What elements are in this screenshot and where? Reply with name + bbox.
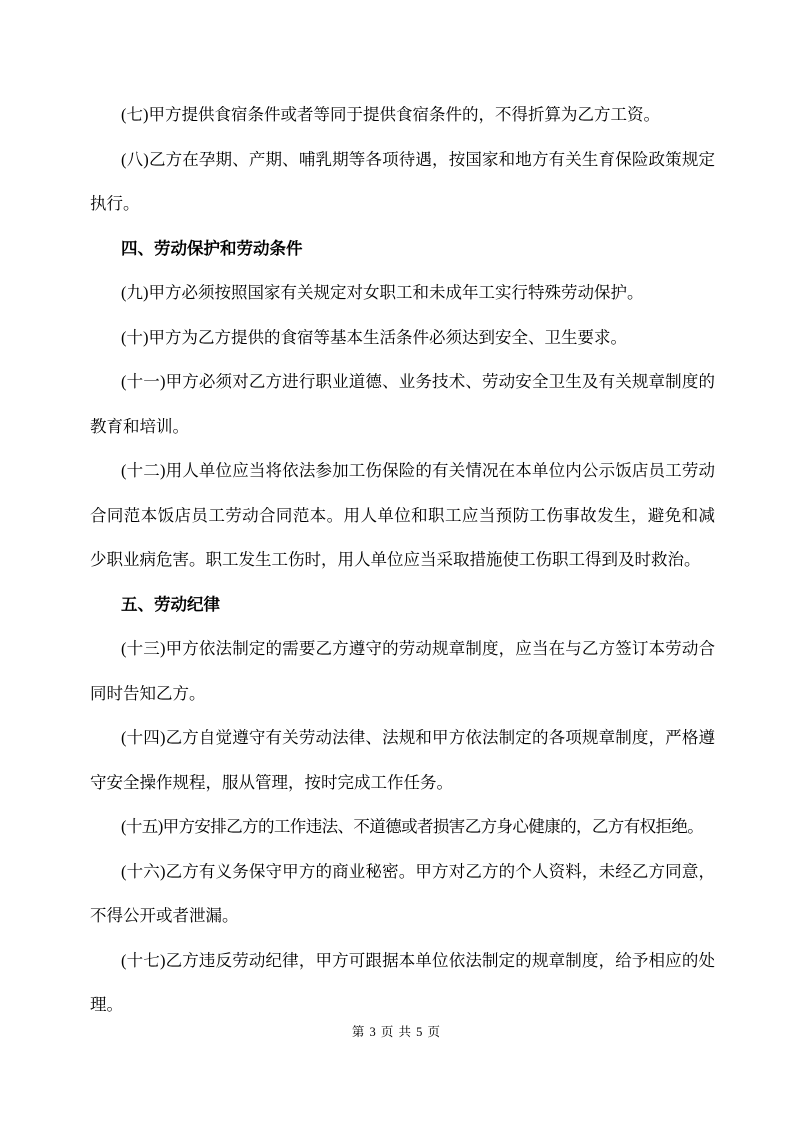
section-heading-4: 四、劳动保护和劳动条件 xyxy=(90,227,715,272)
document-content: (七)甲方提供食宿条件或者等同于提供食宿条件的，不得折算为乙方工资。 (八)乙方… xyxy=(90,93,715,1028)
clause-9: (九)甲方必须按照国家有关规定对女职工和未成年工实行特殊劳动保护。 xyxy=(90,271,715,316)
clause-7: (七)甲方提供食宿条件或者等同于提供食宿条件的，不得折算为乙方工资。 xyxy=(90,93,715,138)
page-number-label: 第 3 页 共 5 页 xyxy=(352,1025,441,1039)
clause-12: (十二)用人单位应当将依法参加工伤保险的有关情况在本单位内公示饭店员工劳动合同范… xyxy=(90,449,715,583)
document-page: (七)甲方提供食宿条件或者等同于提供食宿条件的，不得折算为乙方工资。 (八)乙方… xyxy=(0,0,793,1122)
section-heading-5: 五、劳动纪律 xyxy=(90,583,715,628)
clause-14: (十四)乙方自觉遵守有关劳动法律、法规和甲方依法制定的各项规章制度，严格遵守安全… xyxy=(90,716,715,805)
clause-16: (十六)乙方有义务保守甲方的商业秘密。甲方对乙方的个人资料，未经乙方同意，不得公… xyxy=(90,850,715,939)
clause-15: (十五)甲方安排乙方的工作违法、不道德或者损害乙方身心健康的，乙方有权拒绝。 xyxy=(90,805,715,850)
page-footer: 第 3 页 共 5 页 xyxy=(0,1022,793,1042)
clause-17: (十七)乙方违反劳动纪律，甲方可跟据本单位依法制定的规章制度，给予相应的处理。 xyxy=(90,939,715,1028)
clause-8: (八)乙方在孕期、产期、哺乳期等各项待遇，按国家和地方有关生育保险政策规定执行。 xyxy=(90,138,715,227)
clause-11: (十一)甲方必须对乙方进行职业道德、业务技术、劳动安全卫生及有关规章制度的教育和… xyxy=(90,360,715,449)
clause-10: (十)甲方为乙方提供的食宿等基本生活条件必须达到安全、卫生要求。 xyxy=(90,316,715,361)
clause-13: (十三)甲方依法制定的需要乙方遵守的劳动规章制度，应当在与乙方签订本劳动合同时告… xyxy=(90,627,715,716)
